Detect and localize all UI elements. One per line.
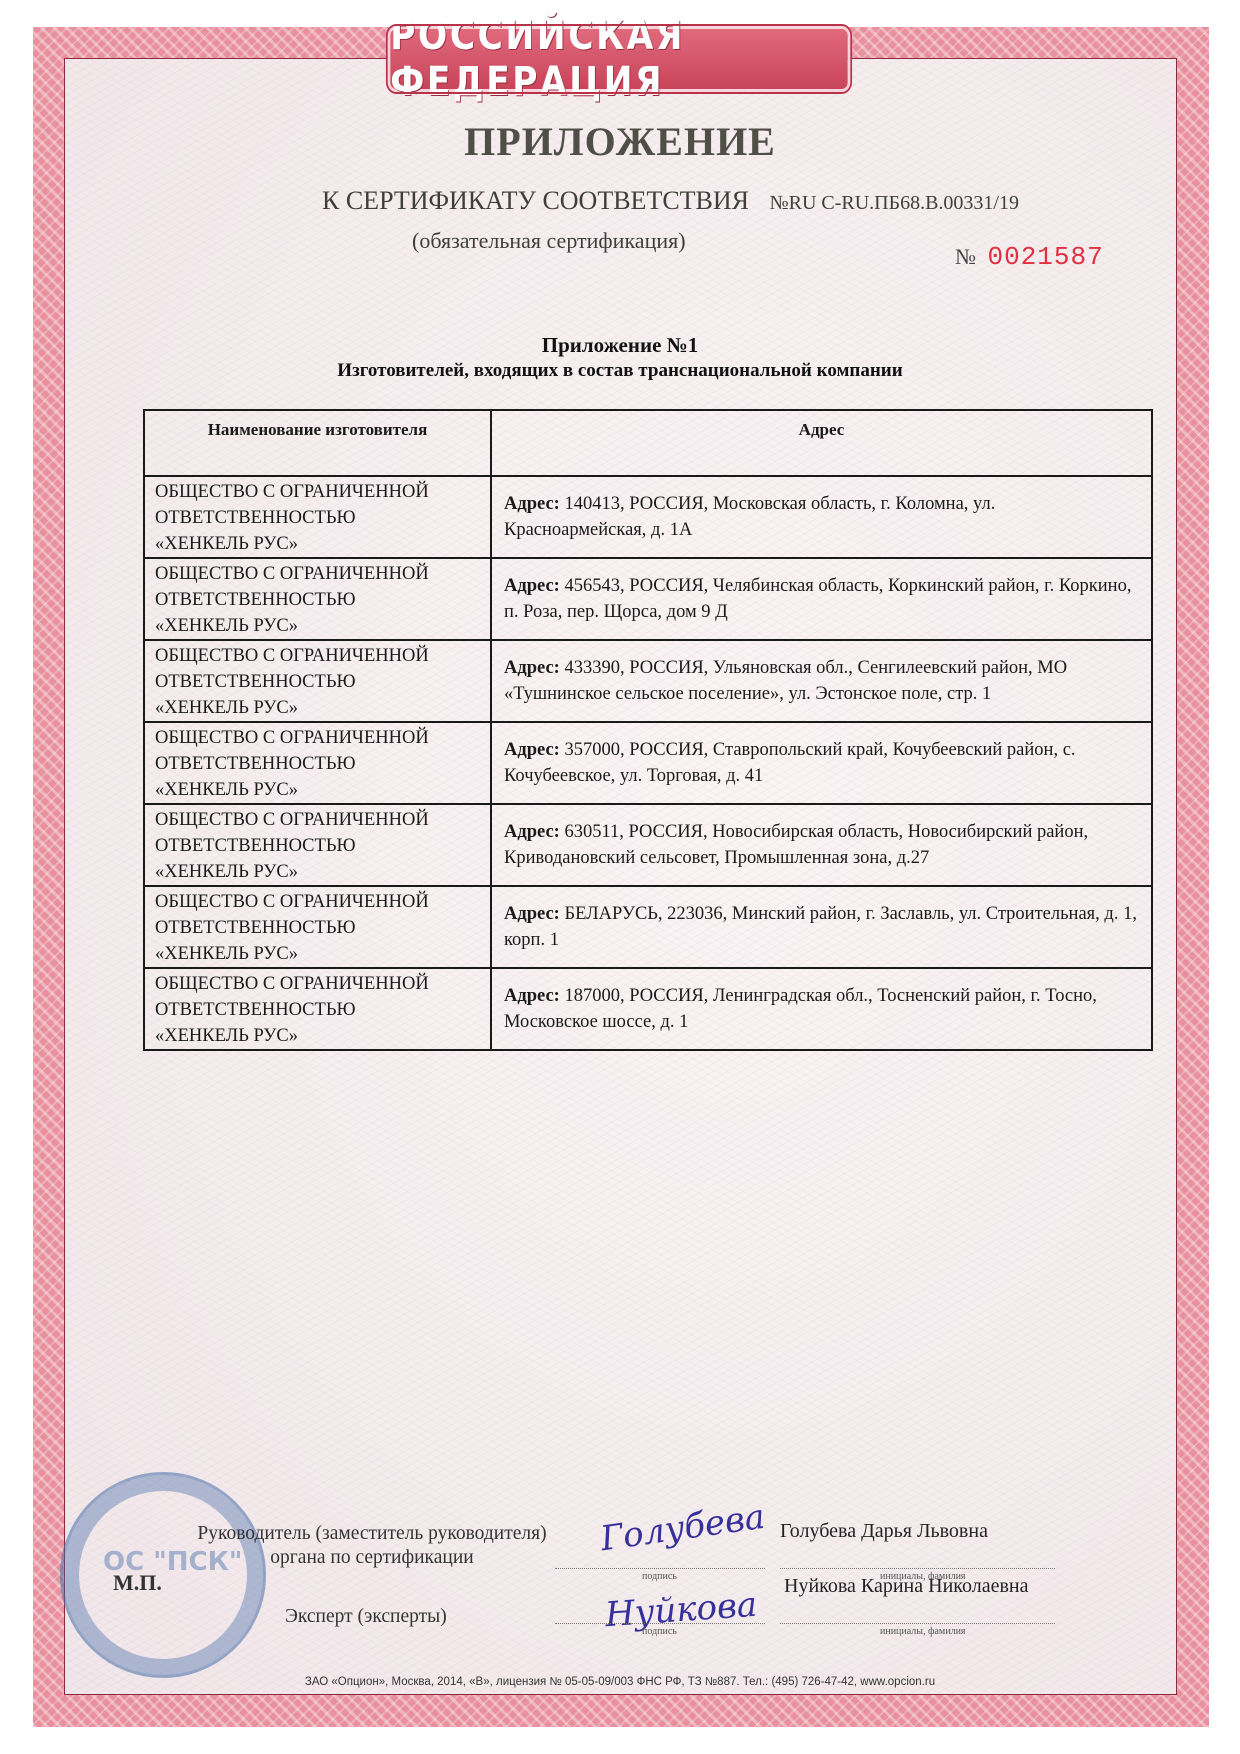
manufacturer-name-line: ОТВЕТСТВЕННОСТЬЮ: [155, 997, 480, 1023]
head-signature-line: [555, 1568, 765, 1569]
certificate-label: К СЕРТИФИКАТУ СООТВЕТСТВИЯ: [322, 186, 749, 215]
manufacturer-name-line: ОБЩЕСТВО С ОГРАНИЧЕННОЙ: [155, 971, 480, 997]
annex-subtitle: Изготовителей, входящих в состав трансна…: [0, 360, 1240, 382]
name-caption: инициалы, фамилия: [880, 1626, 966, 1637]
printer-footer: ЗАО «Опцион», Москва, 2014, «В», лицензи…: [0, 1676, 1240, 1688]
manufacturer-name-cell: ОБЩЕСТВО С ОГРАНИЧЕННОЙОТВЕТСТВЕННОСТЬЮ«…: [144, 640, 491, 722]
manufacturer-address-cell: Адрес: 187000, РОССИЯ, Ленинградская обл…: [491, 968, 1152, 1050]
form-serial: № 0021587: [955, 242, 1104, 272]
serial-number: 0021587: [988, 242, 1104, 272]
annex-title: Приложение №1: [0, 333, 1240, 358]
manufacturer-name-cell: ОБЩЕСТВО С ОГРАНИЧЕННОЙОТВЕТСТВЕННОСТЬЮ«…: [144, 476, 491, 558]
manufacturer-address-cell: Адрес: 433390, РОССИЯ, Ульяновская обл.,…: [491, 640, 1152, 722]
manufacturer-name-line: ОБЩЕСТВО С ОГРАНИЧЕННОЙ: [155, 725, 480, 751]
certification-mode: (обязательная сертификация): [412, 228, 686, 254]
manufacturer-name-line: ОТВЕТСТВЕННОСТЬЮ: [155, 505, 480, 531]
manufacturer-name-line: ОТВЕТСТВЕННОСТЬЮ: [155, 915, 480, 941]
manufacturer-name-line: ОБЩЕСТВО С ОГРАНИЧЕННОЙ: [155, 807, 480, 833]
expert-label: Эксперт (эксперты): [285, 1606, 447, 1628]
column-header-address: Адрес: [491, 410, 1152, 476]
table-row: ОБЩЕСТВО С ОГРАНИЧЕННОЙОТВЕТСТВЕННОСТЬЮ«…: [144, 804, 1152, 886]
address-label: Адрес:: [504, 740, 560, 760]
manufacturer-name-line: «ХЕНКЕЛЬ РУС»: [155, 777, 480, 803]
manufacturer-name-cell: ОБЩЕСТВО С ОГРАНИЧЕННОЙОТВЕТСТВЕННОСТЬЮ«…: [144, 722, 491, 804]
head-name-line: [780, 1568, 1055, 1569]
table-header-row: Наименование изготовителя Адрес: [144, 410, 1152, 476]
manufacturer-name-line: «ХЕНКЕЛЬ РУС»: [155, 613, 480, 639]
certificate-number: №RU C-RU.ПБ68.В.00331/19: [770, 192, 1019, 214]
table-row: ОБЩЕСТВО С ОГРАНИЧЕННОЙОТВЕТСТВЕННОСТЬЮ«…: [144, 886, 1152, 968]
official-stamp: ОС "ПСК": [60, 1472, 266, 1678]
manufacturer-name-cell: ОБЩЕСТВО С ОГРАНИЧЕННОЙОТВЕТСТВЕННОСТЬЮ«…: [144, 968, 491, 1050]
stamp-mark-label: М.П.: [113, 1570, 162, 1596]
document-title: ПРИЛОЖЕНИЕ: [0, 118, 1240, 165]
manufacturers-table: Наименование изготовителя Адрес ОБЩЕСТВО…: [143, 409, 1153, 1051]
address-value: 433390, РОССИЯ, Ульяновская обл., Сенгил…: [504, 658, 1067, 704]
address-value: 187000, РОССИЯ, Ленинградская обл., Тосн…: [504, 986, 1097, 1032]
manufacturer-address-cell: Адрес: 140413, РОССИЯ, Московская област…: [491, 476, 1152, 558]
address-value: 357000, РОССИЯ, Ставропольский край, Коч…: [504, 740, 1076, 786]
head-name: Голубева Дарья Львовна: [780, 1520, 988, 1543]
manufacturer-address-cell: Адрес: БЕЛАРУСЬ, 223036, Минский район, …: [491, 886, 1152, 968]
expert-name-line: [780, 1623, 1055, 1624]
manufacturer-name-line: ОТВЕТСТВЕННОСТЬЮ: [155, 751, 480, 777]
table-row: ОБЩЕСТВО С ОГРАНИЧЕННОЙОТВЕТСТВЕННОСТЬЮ«…: [144, 722, 1152, 804]
manufacturer-name-line: «ХЕНКЕЛЬ РУС»: [155, 859, 480, 885]
manufacturer-name-line: «ХЕНКЕЛЬ РУС»: [155, 531, 480, 557]
table-row: ОБЩЕСТВО С ОГРАНИЧЕННОЙОТВЕТСТВЕННОСТЬЮ«…: [144, 476, 1152, 558]
manufacturer-name-line: ОБЩЕСТВО С ОГРАНИЧЕННОЙ: [155, 479, 480, 505]
head-of-body-label: Руководитель (заместитель руководителя) …: [192, 1522, 552, 1570]
manufacturer-name-line: ОБЩЕСТВО С ОГРАНИЧЕННОЙ: [155, 643, 480, 669]
manufacturer-name-line: ОТВЕТСТВЕННОСТЬЮ: [155, 587, 480, 613]
address-label: Адрес:: [504, 576, 560, 596]
signature-caption: подпись: [642, 1626, 677, 1637]
serial-prefix: №: [955, 244, 976, 269]
table-row: ОБЩЕСТВО С ОГРАНИЧЕННОЙОТВЕТСТВЕННОСТЬЮ«…: [144, 558, 1152, 640]
address-label: Адрес:: [504, 658, 560, 678]
manufacturer-address-cell: Адрес: 456543, РОССИЯ, Челябинская облас…: [491, 558, 1152, 640]
address-value: 630511, РОССИЯ, Новосибирская область, Н…: [504, 822, 1088, 868]
country-banner: РОССИЙСКАЯ ФЕДЕРАЦИЯ: [388, 26, 851, 92]
manufacturer-name-cell: ОБЩЕСТВО С ОГРАНИЧЕННОЙОТВЕТСТВЕННОСТЬЮ«…: [144, 558, 491, 640]
address-value: 456543, РОССИЯ, Челябинская область, Кор…: [504, 576, 1131, 622]
address-label: Адрес:: [504, 494, 560, 514]
column-header-name: Наименование изготовителя: [144, 410, 491, 476]
manufacturer-name-line: «ХЕНКЕЛЬ РУС»: [155, 1023, 480, 1049]
manufacturer-address-cell: Адрес: 357000, РОССИЯ, Ставропольский кр…: [491, 722, 1152, 804]
manufacturer-name-line: ОБЩЕСТВО С ОГРАНИЧЕННОЙ: [155, 889, 480, 915]
manufacturer-name-cell: ОБЩЕСТВО С ОГРАНИЧЕННОЙОТВЕТСТВЕННОСТЬЮ«…: [144, 886, 491, 968]
address-label: Адрес:: [504, 822, 560, 842]
manufacturer-name-line: ОТВЕТСТВЕННОСТЬЮ: [155, 833, 480, 859]
table-row: ОБЩЕСТВО С ОГРАНИЧЕННОЙОТВЕТСТВЕННОСТЬЮ«…: [144, 968, 1152, 1050]
address-value: БЕЛАРУСЬ, 223036, Минский район, г. Засл…: [504, 904, 1137, 950]
manufacturer-name-line: «ХЕНКЕЛЬ РУС»: [155, 695, 480, 721]
manufacturer-name-line: ОТВЕТСТВЕННОСТЬЮ: [155, 669, 480, 695]
table-row: ОБЩЕСТВО С ОГРАНИЧЕННОЙОТВЕТСТВЕННОСТЬЮ«…: [144, 640, 1152, 722]
expert-signature-line: [555, 1623, 765, 1624]
manufacturer-name-line: ОБЩЕСТВО С ОГРАНИЧЕННОЙ: [155, 561, 480, 587]
manufacturer-address-cell: Адрес: 630511, РОССИЯ, Новосибирская обл…: [491, 804, 1152, 886]
manufacturer-name-line: «ХЕНКЕЛЬ РУС»: [155, 941, 480, 967]
certificate-line: К СЕРТИФИКАТУ СООТВЕТСТВИЯ №RU C-RU.ПБ68…: [322, 186, 1019, 216]
address-label: Адрес:: [504, 904, 560, 924]
signature-caption: подпись: [642, 1571, 677, 1582]
manufacturer-name-cell: ОБЩЕСТВО С ОГРАНИЧЕННОЙОТВЕТСТВЕННОСТЬЮ«…: [144, 804, 491, 886]
address-value: 140413, РОССИЯ, Московская область, г. К…: [504, 494, 995, 540]
expert-name: Нуйкова Карина Николаевна: [784, 1575, 1028, 1598]
address-label: Адрес:: [504, 986, 560, 1006]
